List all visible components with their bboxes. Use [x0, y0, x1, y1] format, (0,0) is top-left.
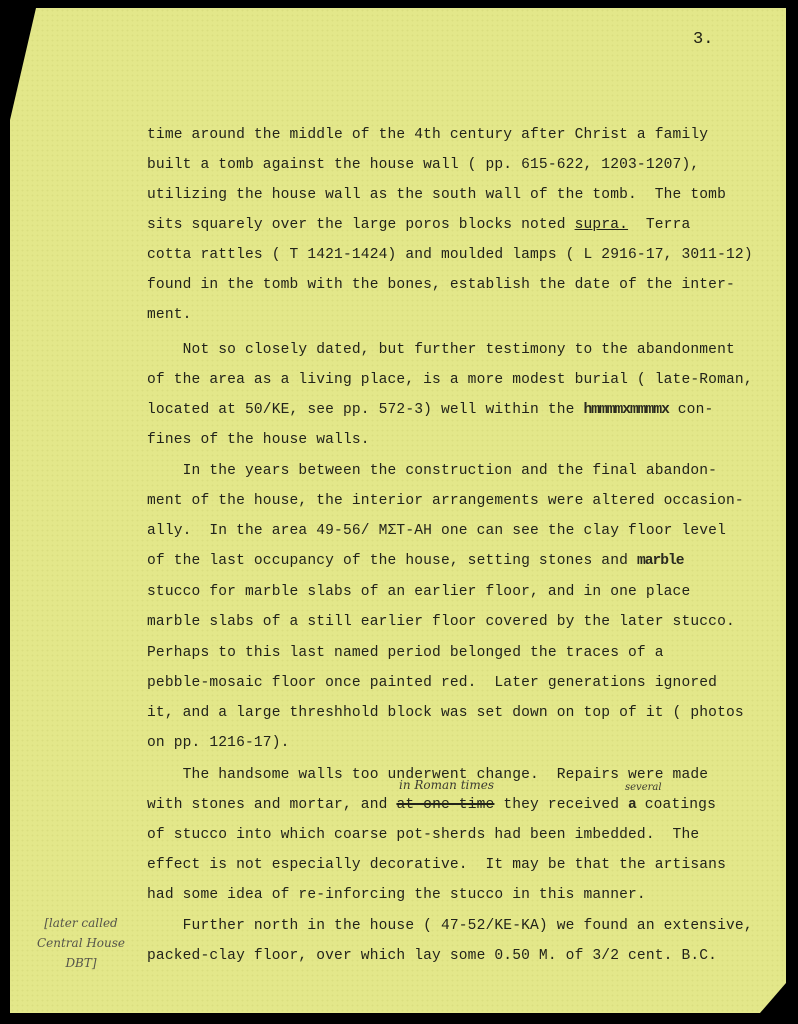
text-line: had some idea of re-inforcing the stucco…: [147, 887, 646, 903]
text-fragment: Terra: [628, 217, 690, 233]
text-line: on pp. 1216-17).: [147, 735, 290, 751]
handwritten-insertion: in Roman times: [399, 778, 494, 792]
page-number: 3.: [693, 30, 713, 49]
text-line: pebble-mosaic floor once painted red. La…: [147, 675, 717, 691]
underlined-word: supra.: [575, 217, 628, 233]
text-line: ment of the house, the interior arrangem…: [147, 493, 744, 509]
text-line: found in the tomb with the bones, establ…: [147, 277, 735, 293]
text-fragment: with stones and mortar, and: [147, 797, 388, 813]
text-line: In the years between the construction an…: [147, 463, 717, 479]
handwritten-insertion: several: [625, 782, 662, 793]
struck-text: at one time: [396, 797, 494, 813]
text-line: effect is not especially decorative. It …: [147, 857, 726, 873]
text-line: ment.: [147, 307, 192, 323]
text-line: utilizing the house wall as the south wa…: [147, 187, 726, 203]
text-line: Further north in the house ( 47-52/KE-KA…: [147, 918, 753, 934]
margin-note-line: [later called: [26, 913, 136, 933]
text-fragment: con-: [669, 402, 714, 418]
text-line: with stones and mortar, and at one time …: [147, 797, 716, 813]
x-out-text: hmmmmxmmmmx: [584, 402, 669, 418]
margin-note-line: DBT]: [26, 953, 136, 973]
text-fragment: they received: [494, 797, 628, 813]
text-line: of the area as a living place, is a more…: [147, 372, 753, 388]
text-line: of the last occupancy of the house, sett…: [147, 553, 683, 569]
text-line: Perhaps to this last named period belong…: [147, 645, 664, 661]
text-line: located at 50/KE, see pp. 572-3) well wi…: [147, 402, 713, 418]
text-fragment: sits squarely over the large poros block…: [147, 217, 566, 233]
x-out-text: a: [628, 797, 636, 813]
text-line: stucco for marble slabs of an earlier fl…: [147, 584, 690, 600]
text-line: sits squarely over the large poros block…: [147, 217, 690, 233]
text-line: built a tomb against the house wall ( pp…: [147, 157, 699, 173]
text-line: ally. In the area 49-56/ MΣT-AH one can …: [147, 523, 726, 539]
typewritten-page: 3. time around the middle of the 4th cen…: [10, 8, 786, 1013]
text-line: of stucco into which coarse pot-sherds h…: [147, 827, 699, 843]
text-fragment: of the last occupancy of the house, sett…: [147, 553, 628, 569]
margin-note-line: Central House: [26, 933, 136, 953]
x-out-text: marble: [637, 553, 684, 569]
text-line: marble slabs of a still earlier floor co…: [147, 614, 735, 630]
text-line: packed-clay floor, over which lay some 0…: [147, 948, 717, 964]
text-fragment: located at 50/KE, see pp. 572-3) well wi…: [147, 402, 575, 418]
text-line: it, and a large threshhold block was set…: [147, 705, 744, 721]
text-line: cotta rattles ( T 1421-1424) and moulded…: [147, 247, 753, 263]
handwritten-margin-note: [later called Central House DBT]: [26, 913, 136, 983]
text-line: Not so closely dated, but further testim…: [147, 342, 735, 358]
text-line: time around the middle of the 4th centur…: [147, 127, 708, 143]
text-fragment: coatings: [636, 797, 716, 813]
text-line: fines of the house walls.: [147, 432, 370, 448]
